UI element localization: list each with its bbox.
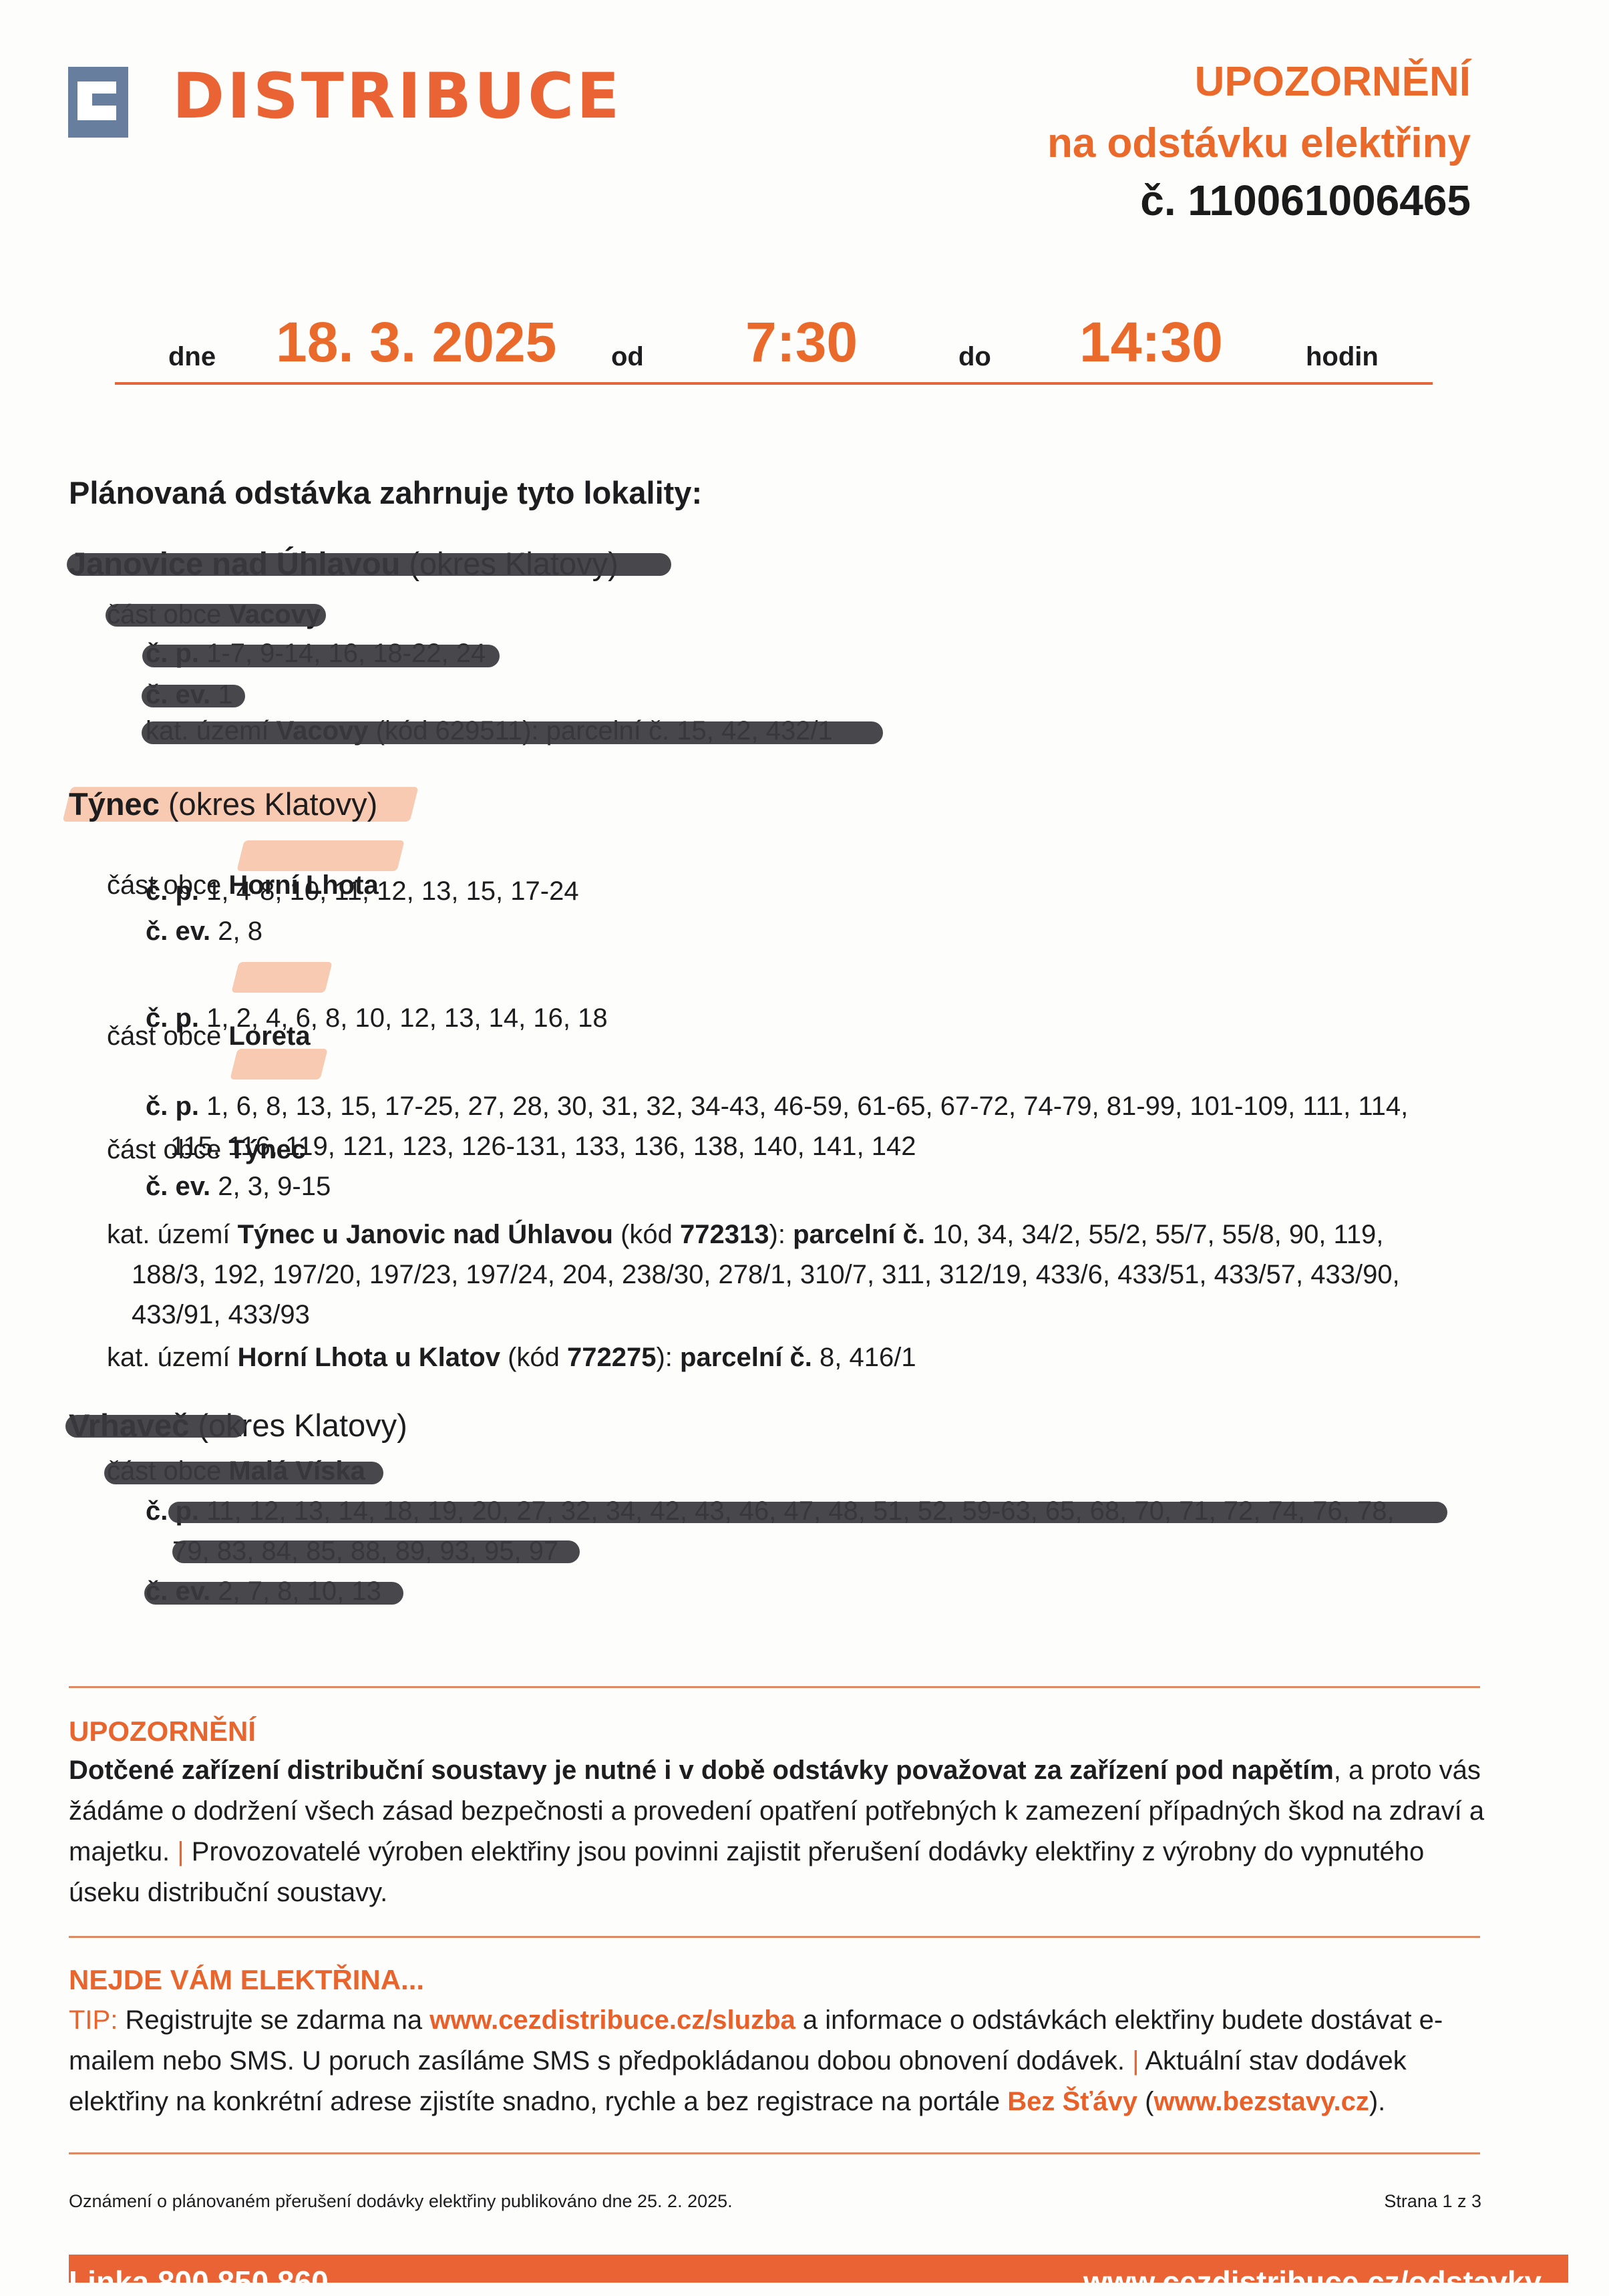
redaction-mark [106,604,326,627]
brand-name: DISTRIBUCE [172,65,622,128]
evidence-numbers: č. ev. 2, 8 [146,918,262,945]
outage-date-row: dne 18. 3. 2025 od 7:30 do 14:30 hodin [0,314,1609,381]
locations-heading: Plánovaná odstávka zahrnuje tyto lokalit… [69,474,702,511]
footer-website-link[interactable]: www.cezdistribuce.cz/odstavky [1083,2267,1542,2283]
outage-date: 18. 3. 2025 [276,314,556,370]
from-label: od [611,343,644,370]
cez-e-logo-icon [68,67,128,138]
section-divider [69,1686,1480,1688]
cez-logo [68,67,128,138]
cadastral-line-continued: 188/3, 192, 197/20, 197/23, 197/24, 204,… [132,1261,1400,1288]
highlight-mark [230,1049,327,1080]
section-divider [69,2152,1480,2154]
evidence-numbers: č. ev. 2, 3, 9-15 [146,1173,331,1200]
warning-title: UPOZORNĚNÍ [69,1715,256,1748]
redaction-mark [104,1462,383,1484]
redaction-mark [172,1540,580,1563]
notice-title: UPOZORNĚNÍ [1195,61,1471,103]
house-numbers: č. p. 1, 6, 8, 13, 15, 17-25, 27, 28, 30… [146,1093,1408,1120]
hotline: Linka 800 850 860 [69,2267,329,2283]
warning-text: Dotčené zařízení distribuční soustavy je… [69,1750,1485,1913]
municipality-part: část obce Týnec [107,1136,1609,1163]
redaction-mark [142,721,883,744]
portal-name: Bez Šťávy [1007,2087,1137,2116]
no-power-title: NEJDE VÁM ELEKTŘINA... [69,1964,424,1996]
date-label: dne [168,343,216,370]
bezstavy-link[interactable]: www.bezstavy.cz [1153,2087,1369,2116]
notice-subtitle: na odstávku elektřiny [1047,123,1471,164]
redaction-mark [168,1502,1447,1523]
highlight-mark [236,840,404,871]
redaction-mark [67,553,671,576]
highlight-mark [231,962,332,993]
municipality-heading: Týnec (okres Klatovy) [69,788,1609,820]
cadastral-line: kat. území Horní Lhota u Klatov (kód 772… [107,1344,916,1371]
to-label: do [958,343,991,370]
cadastral-line-continued: 433/91, 433/93 [132,1301,310,1328]
registration-link[interactable]: www.cezdistribuce.cz/sluzba [429,2005,795,2035]
published-note: Oznámení o plánovaném přerušení dodávky … [69,2191,733,2212]
page-number: Strana 1 z 3 [1384,2191,1481,2212]
municipality-part: část obce Loreta [107,1023,1609,1049]
no-power-text: TIP: Registrujte se zdarma na www.cezdis… [69,2000,1485,2122]
redaction-mark [142,685,245,707]
notice-number: č. 110061006465 [1140,179,1471,222]
footer-bar: Linka 800 850 860 www.cezdistribuce.cz/o… [69,2255,1568,2283]
redaction-mark [65,1415,246,1438]
date-divider [115,382,1433,385]
redaction-mark [144,1582,403,1605]
cadastral-line: kat. území Týnec u Janovic nad Úhlavou (… [107,1221,1383,1248]
municipality-part: část obce Horní Lhota [107,872,1609,898]
outage-to-time: 14:30 [1079,314,1223,370]
hours-label: hodin [1306,343,1379,370]
outage-from-time: 7:30 [745,314,858,370]
section-divider [69,1936,1480,1938]
redaction-mark [142,645,500,667]
